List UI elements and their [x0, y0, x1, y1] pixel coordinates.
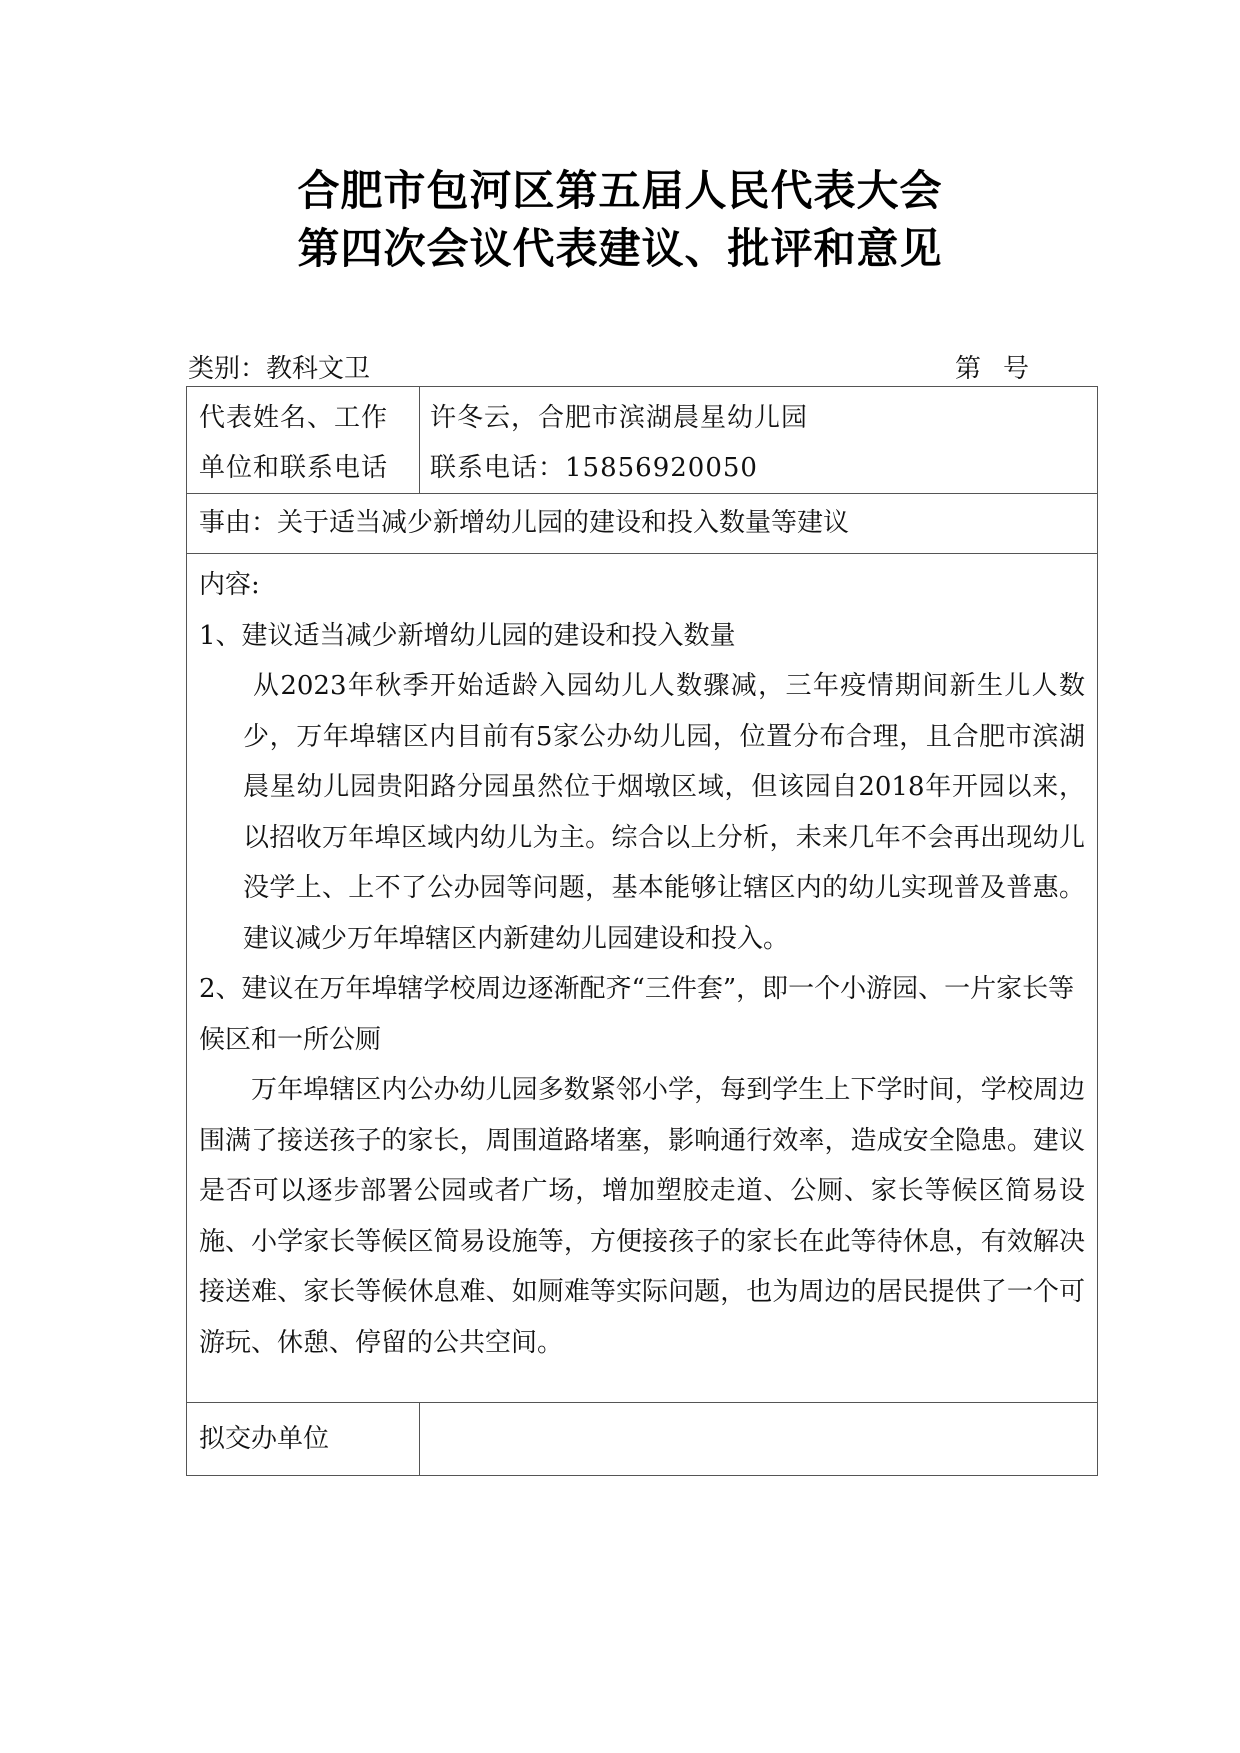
document-title-line1: 合肥市包河区第五届人民代表大会: [0, 158, 1240, 218]
document-title-line2: 第四次会议代表建议、批评和意见: [0, 216, 1240, 276]
proposal-form-table: 代表姓名、工作 单位和联系电话 许冬云，合肥市滨湖晨星幼儿园 联系电话：1585…: [186, 386, 1098, 1476]
representative-value-cell: 许冬云，合肥市滨湖晨星幼儿园 联系电话：15856920050: [420, 387, 1098, 494]
item1-heading: 1、建议适当减少新增幼儿园的建设和投入数量: [199, 611, 1085, 662]
representative-row: 代表姓名、工作 单位和联系电话 许冬云，合肥市滨湖晨星幼儿园 联系电话：1585…: [187, 387, 1098, 494]
item1-body: 从2023年秋季开始适龄入园幼儿人数骤减，三年疫情期间新生儿人数少，万年埠辖区内…: [199, 661, 1085, 964]
representative-label-line1: 代表姓名、工作: [199, 393, 419, 443]
category-label: 类别：教科文卫: [188, 348, 370, 385]
content-cell: 内容: 1、建议适当减少新增幼儿园的建设和投入数量 从2023年秋季开始适龄入园…: [187, 554, 1098, 1403]
representative-label-cell: 代表姓名、工作 单位和联系电话: [187, 387, 420, 494]
representative-name-unit: 许冬云，合肥市滨湖晨星幼儿园: [430, 393, 1097, 443]
assign-label-cell: 拟交办单位: [187, 1403, 420, 1476]
reason-row: 事由：关于适当减少新增幼儿园的建设和投入数量等建议: [187, 494, 1098, 554]
item2-body: 万年埠辖区内公办幼儿园多数紧邻小学，每到学生上下学时间，学校周边围满了接送孩子的…: [199, 1065, 1085, 1368]
number-label: 第号: [955, 348, 1051, 385]
reason-cell: 事由：关于适当减少新增幼儿园的建设和投入数量等建议: [187, 494, 1098, 554]
representative-label-line2: 单位和联系电话: [199, 443, 419, 493]
assign-value-cell[interactable]: [420, 1403, 1098, 1476]
assign-row: 拟交办单位: [187, 1403, 1098, 1476]
item2-heading: 2、建议在万年埠辖学校周边逐渐配齐“三件套”，即一个小游园、一片家长等候区和一所…: [199, 964, 1085, 1065]
representative-phone: 联系电话：15856920050: [430, 443, 1097, 493]
content-row: 内容: 1、建议适当减少新增幼儿园的建设和投入数量 从2023年秋季开始适龄入园…: [187, 554, 1098, 1403]
content-label: 内容:: [199, 560, 1085, 611]
